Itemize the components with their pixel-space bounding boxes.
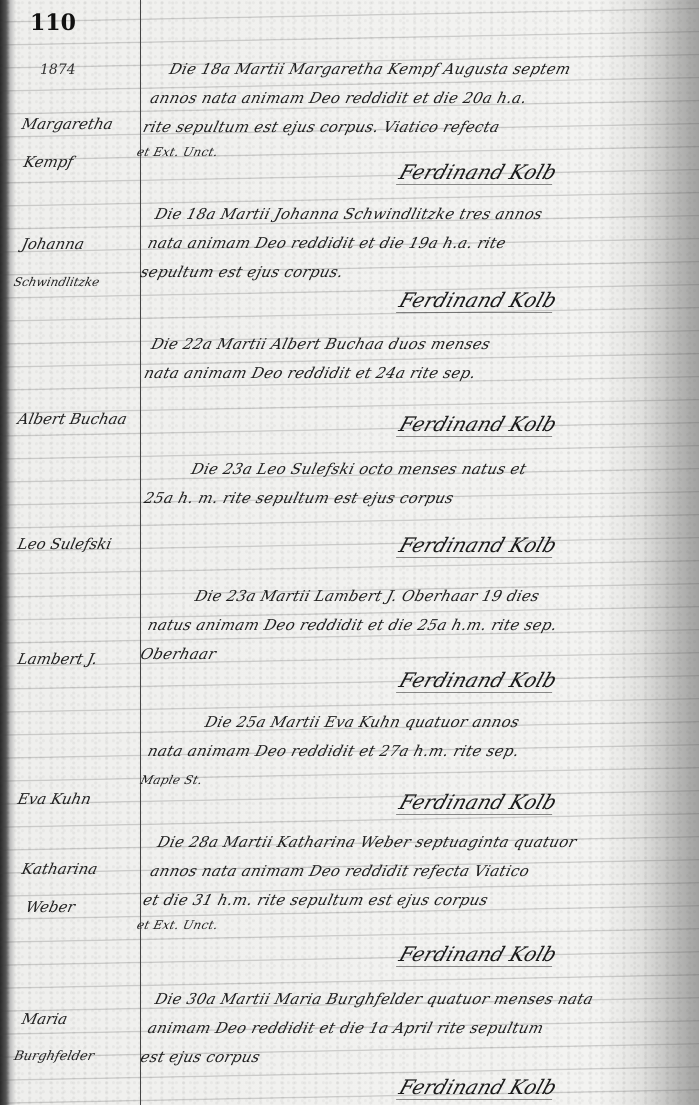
entry-line: 25a h. m. rite sepultum est ejus corpus [141, 484, 678, 513]
signature: Ferdinand Kolb [396, 288, 560, 313]
page-edge-shadow [639, 0, 699, 1105]
entry-text: Die 23a Martii Lambert J. Oberhaar 19 di… [137, 582, 689, 669]
entry-text: Die 28a Martii Katharina Weber septuagin… [135, 828, 692, 935]
margin-name: Katharina Weber [10, 850, 144, 926]
entry-line: Die 23a Martii Lambert J. Oberhaar 19 di… [152, 582, 689, 611]
entry-line: Die 25a Martii Eva Kuhn quatuor annos [152, 708, 689, 737]
margin-name: Johanna Schwindlitzke [10, 225, 144, 301]
margin-rule [140, 0, 141, 1105]
entry-line: Oberhaar [137, 640, 674, 669]
entry-line: Die 30a Martii Maria Burghfelder quatuor… [152, 985, 689, 1014]
margin-name-line: Albert Buchaa [14, 400, 140, 438]
margin-name: Maria Burghfelder [10, 1000, 144, 1076]
entry-line: nata animam Deo reddidit et 24a rite sep… [141, 359, 678, 388]
entry-text: Die 30a Martii Maria Burghfelder quatuor… [137, 985, 689, 1072]
entry-line: et Ext. Unct. [135, 142, 670, 162]
margin-name-line: Eva Kuhn [14, 780, 140, 818]
margin-name: Margaretha Kempf [10, 105, 144, 181]
margin-name-line: Schwindlitzke [10, 263, 136, 301]
entry-line: annos nata animam Deo reddidit refecta V… [147, 857, 684, 886]
signature: Ferdinand Kolb [396, 790, 560, 815]
margin-name: Eva Kuhn [14, 780, 140, 818]
register-page: 110 1874 Margaretha Kempf Die 18a Martii… [0, 0, 699, 1105]
page-number: 110 [30, 10, 76, 36]
margin-name-line: Lambert J. [14, 640, 140, 678]
entry-line: animam Deo reddidit et die 1a April rite… [144, 1014, 681, 1043]
margin-name-line: Maria [18, 1000, 144, 1038]
signature: Ferdinand Kolb [396, 533, 560, 558]
margin-name-line: Kempf [10, 143, 136, 181]
entry-line: natus animam Deo reddidit et die 25a h.m… [144, 611, 681, 640]
entry-text: Die 22a Martii Albert Buchaa duos menses… [141, 330, 685, 388]
signature: Ferdinand Kolb [396, 1075, 560, 1100]
signature: Ferdinand Kolb [396, 668, 560, 693]
entry-line: sepultum est ejus corpus. [137, 258, 674, 287]
entry-line: et Ext. Unct. [135, 915, 670, 935]
year-note: 1874 [40, 62, 76, 78]
margin-name-line: Leo Sulefski [14, 525, 140, 563]
entry-text: Die 25a Martii Eva Kuhn quatuor annos na… [137, 708, 689, 795]
margin-name: Lambert J. [14, 640, 140, 678]
entry-line: nata animam Deo reddidit et die 19a h.a.… [144, 229, 681, 258]
signature: Ferdinand Kolb [396, 942, 560, 967]
entry-line: Die 22a Martii Albert Buchaa duos menses [148, 330, 685, 359]
entry-text: Die 23a Leo Sulefski octo menses natus e… [141, 455, 685, 513]
entry-line: annos nata animam Deo reddidit et die 20… [147, 84, 684, 113]
entry-text: Die 18a Martii Margaretha Kempf Augusta … [135, 55, 692, 162]
margin-name-line: Burghfelder [10, 1038, 136, 1076]
margin-name-line: Margaretha [18, 105, 144, 143]
entry-text: Die 18a Martii Johanna Schwindlitzke tre… [137, 200, 689, 287]
margin-name-line: Johanna [18, 225, 144, 263]
margin-name: Leo Sulefski [14, 525, 140, 563]
entry-line: Die 28a Martii Katharina Weber septuagin… [154, 828, 691, 857]
margin-name-line: Weber [10, 888, 136, 926]
entry-line: et die 31 h.m. rite sepultum est ejus co… [140, 886, 677, 915]
entry-line: est ejus corpus [137, 1043, 674, 1072]
entry-line: Die 23a Leo Sulefski octo menses natus e… [148, 455, 685, 484]
entry-line: Die 18a Martii Margaretha Kempf Augusta … [154, 55, 691, 84]
margin-name: Albert Buchaa [14, 400, 140, 438]
signature: Ferdinand Kolb [396, 412, 560, 437]
entry-line: rite sepultum est ejus corpus. Viatico r… [140, 113, 677, 142]
margin-name-line: Katharina [18, 850, 144, 888]
entry-line: Die 18a Martii Johanna Schwindlitzke tre… [152, 200, 689, 229]
entry-line: nata animam Deo reddidit et 27a h.m. rit… [144, 737, 681, 766]
signature: Ferdinand Kolb [396, 160, 560, 185]
